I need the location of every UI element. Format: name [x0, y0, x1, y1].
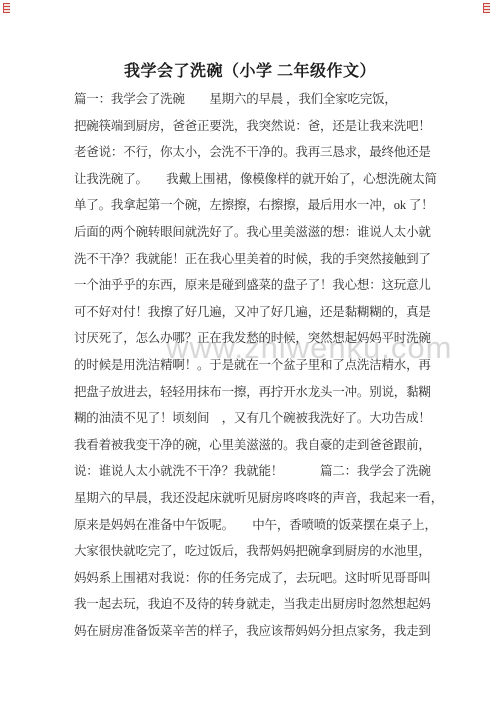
essay-line: 我看着被我变干净的碗，心里美滋滋的。我自豪的走到爸爸跟前， — [74, 432, 430, 459]
red-seal-mark-left-icon — [3, 3, 10, 13]
essay-line: 妈在厨房准备饭菜辛苦的样子，我应该帮妈妈分担点家务，我走到 — [74, 618, 430, 645]
essay-line: 把盘子放进去，轻轻用抹布一擦，再拧开水龙头一冲。别说，黏糊 — [74, 379, 430, 406]
essay-line: 后面的两个碗转眼间就洗好了。我心里美滋滋的想：谁说人太小就 — [74, 219, 430, 246]
essay-line: 说：谁说人太小就洗不干净？我就能！ 篇二：我学会了洗碗 — [74, 458, 430, 485]
essay-line: 篇一：我学会了洗碗 星期六的早晨 ，我们全家吃完饭， — [74, 86, 430, 113]
page-title: 我学会了洗碗（小学 二年级作文） — [0, 58, 500, 81]
essay-line: 单了。我拿起第一个碗，左擦擦，右擦擦，最后用水一冲，ok 了！ — [74, 192, 430, 219]
essay-line: 一个油乎乎的东西，原来是碰到盛菜的盘子了！我心想：这玩意儿 — [74, 272, 430, 299]
essay-line: 糊的油渍不见了！顷刻间 ，又有几个碗被我洗好了。大功告成！ — [74, 405, 430, 432]
essay-line: 的时候是用洗洁精啊！。于是就在一个盆子里和了点洗洁精水，再 — [74, 352, 430, 379]
essay-line: 老爸说：不行，你太小，会洗不干净的。我再三恳求，最终他还是 — [74, 139, 430, 166]
essay-line: 可不好对付！我擦了好几遍，又冲了好几遍，还是黏糊糊的，真是 — [74, 299, 430, 326]
essay-line: 把碗筷端到厨房，爸爸正要洗，我突然说：爸，还是让我来洗吧！ — [74, 113, 430, 140]
essay-line: 讨厌死了，怎么办哪？正在我发愁的时候，突然想起妈妈平时洗碗 — [74, 325, 430, 352]
essay-line: 妈妈系上围裙对我说：你的任务完成了，去玩吧。这时听见哥哥叫 — [74, 565, 430, 592]
essay-line: 洗不干净？我就能！正在我心里美着的时候，我的手突然接触到了 — [74, 246, 430, 273]
essay-line: 原来是妈妈在准备中午饭呢。 中午，香喷喷的饭菜摆在桌子上， — [74, 512, 430, 539]
document-page: 我学会了洗碗（小学 二年级作文） www.zhiwenku.com 篇一：我学会… — [0, 0, 500, 708]
essay-line: 大家很快就吃完了，吃过饭后，我帮妈妈把碗拿到厨房的水池里， — [74, 538, 430, 565]
essay-line: 让我洗碗了。 我戴上围裙，像模像样的就开始了，心想洗碗太简 — [74, 166, 430, 193]
essay-line: 我一起去玩，我迫不及待的转身就走，当我走出厨房时忽然想起妈 — [74, 591, 430, 618]
essay-line: 星期六的早晨，我还没起床就听见厨房咚咚咚的声音，我起来一看， — [74, 485, 430, 512]
essay-body: 篇一：我学会了洗碗 星期六的早晨 ，我们全家吃完饭，把碗筷端到厨房，爸爸正要洗，… — [74, 86, 430, 644]
red-seal-mark-right-icon — [483, 3, 490, 13]
